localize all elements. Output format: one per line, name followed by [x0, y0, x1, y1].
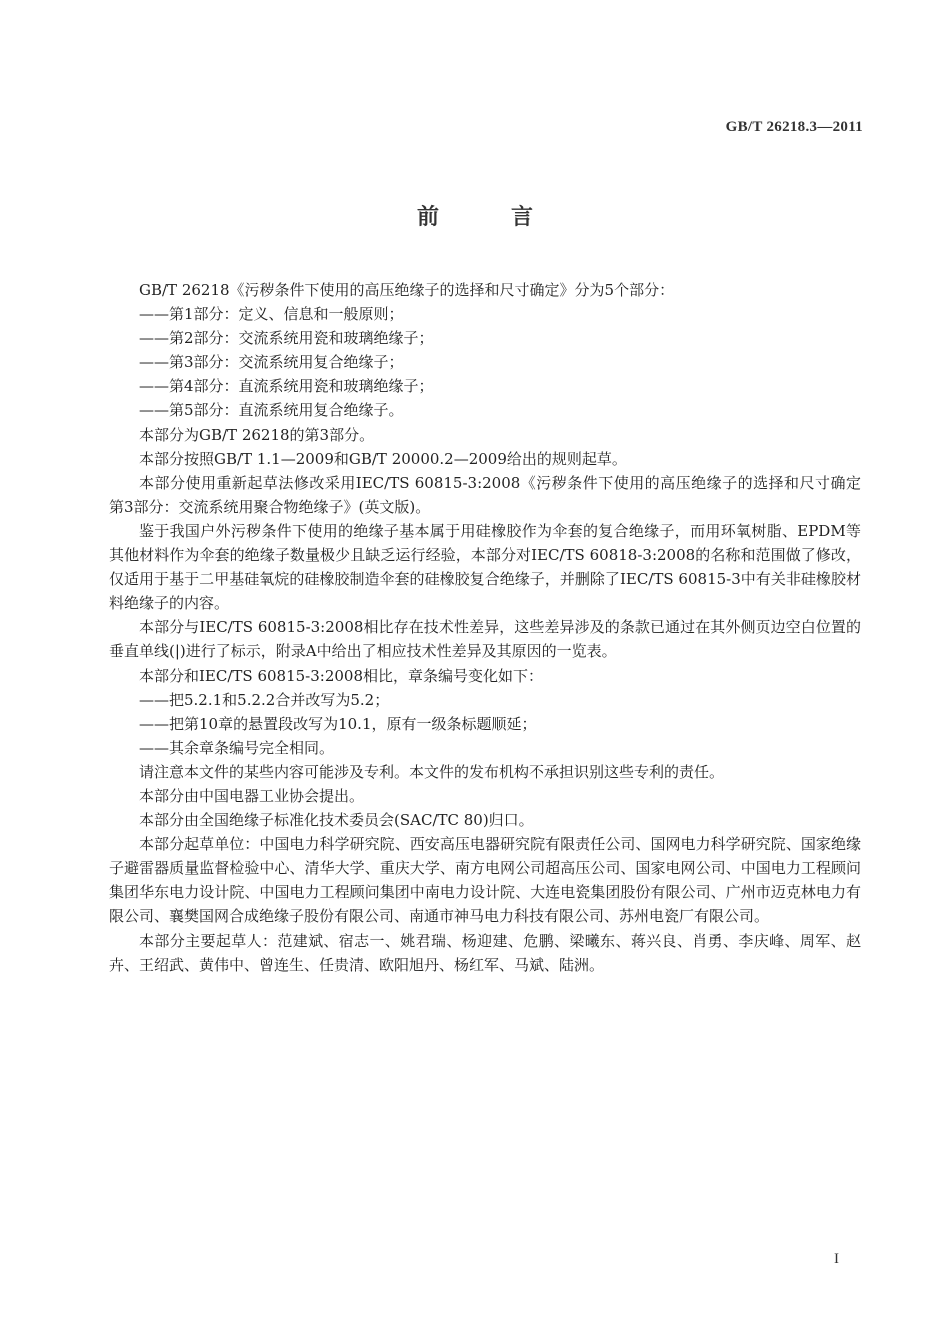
list-item-change-3: ——其余章条编号完全相同。 [109, 736, 861, 760]
list-item-change-2: ——把第10章的悬置段改写为10.1，原有一级条标题顺延； [109, 712, 861, 736]
paragraph-numbering-changes: 本部分和IEC/TS 60815-3:2008相比，章条编号变化如下： [109, 664, 861, 688]
list-item-change-1: ——把5.2.1和5.2.2合并改写为5.2； [109, 688, 861, 712]
list-item-part-2: ——第2部分：交流系统用瓷和玻璃绝缘子； [109, 326, 861, 350]
paragraph-patent-notice: 请注意本文件的某些内容可能涉及专利。本文件的发布机构不承担识别这些专利的责任。 [109, 760, 861, 784]
paragraph-scope-modification: 鉴于我国户外污秽条件下使用的绝缘子基本属于用硅橡胶作为伞套的复合绝缘子，而用环氧… [109, 519, 861, 615]
standard-code: GB/T 26218.3—2011 [726, 119, 863, 136]
paragraph-parts-intro: GB/T 26218《污秽条件下使用的高压绝缘子的选择和尺寸确定》分为5个部分： [109, 278, 861, 302]
foreword-body: GB/T 26218《污秽条件下使用的高压绝缘子的选择和尺寸确定》分为5个部分：… [109, 278, 861, 977]
page-number: I [834, 1251, 839, 1268]
title-char-2: 言 [511, 200, 533, 231]
paragraph-under-jurisdiction: 本部分由全国绝缘子标准化技术委员会(SAC/TC 80)归口。 [109, 808, 861, 832]
paragraph-drafting-rules: 本部分按照GB/T 1.1—2009和GB/T 20000.2—2009给出的规… [109, 447, 861, 471]
paragraph-drafters: 本部分主要起草人：范建斌、宿志一、姚君瑞、杨迎建、危鹏、梁曦东、蒋兴良、肖勇、李… [109, 929, 861, 977]
paragraph-this-part: 本部分为GB/T 26218的第3部分。 [109, 423, 861, 447]
list-item-part-4: ——第4部分：直流系统用瓷和玻璃绝缘子； [109, 374, 861, 398]
list-item-part-3: ——第3部分：交流系统用复合绝缘子； [109, 350, 861, 374]
list-item-part-5: ——第5部分：直流系统用复合绝缘子。 [109, 398, 861, 422]
paragraph-technical-differences: 本部分与IEC/TS 60815-3:2008相比存在技术性差异，这些差异涉及的… [109, 615, 861, 663]
page-title: 前言 [0, 200, 950, 231]
title-char-1: 前 [417, 200, 439, 231]
paragraph-adoption: 本部分使用重新起草法修改采用IEC/TS 60815-3:2008《污秽条件下使… [109, 471, 861, 519]
list-item-part-1: ——第1部分：定义、信息和一般原则； [109, 302, 861, 326]
paragraph-drafting-organizations: 本部分起草单位：中国电力科学研究院、西安高压电器研究院有限责任公司、国网电力科学… [109, 832, 861, 928]
paragraph-proposed-by: 本部分由中国电器工业协会提出。 [109, 784, 861, 808]
